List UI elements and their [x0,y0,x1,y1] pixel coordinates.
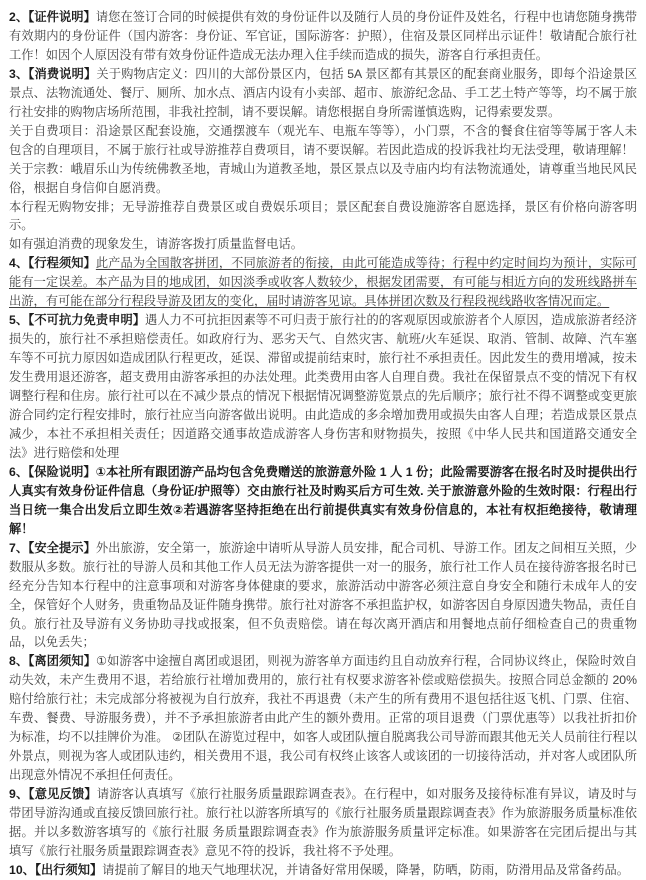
section-leaving-group-body: ①如游客中途擅自离团或退团，则视为游客单方面违约且自动放弃行程，合同协议终止，保… [9,654,637,782]
section-leaving-group-number: 8、 [9,654,28,668]
section-insurance: 6、【保险说明】①本社所有跟团游产品均包含免费赠送的旅游意外险 1 人 1 份；… [9,463,637,539]
section-travel-preparation-body: 请提前了解目的地天气地理状况，并请备好常用保暖，降暑，防晒，防雨，防滑用品及常备… [102,863,629,877]
section-safety: 7、【安全提示】外出旅游，安全第一，旅游途中请听从导游人员安排，配合司机、导游工… [9,539,637,653]
section-feedback-title: 【意见反馈】 [28,787,96,801]
section-consumption-body-shopping: 关于购物店定义：四川的大部份景区内，包括 5A 景区都有其景区的配套商业服务，即… [9,67,637,119]
section-leaving-group: 8、【离团须知】①如游客中途擅自离团或退团，则视为游客单方面违约且自动放弃行程，… [9,652,637,785]
section-itinerary-body: 此产品为全国散客拼团，不同旅游者的衔接，由此可能造成等待；行程中约定时间均为预计… [9,256,637,308]
section-consumption-number: 3、 [9,67,28,81]
section-travel-preparation-title: 【出行须知】 [35,863,102,877]
section-certificates-number: 2、 [9,10,28,24]
section-certificates: 2、【证件说明】请您在签订合同的时候提供有效的身份证件以及随行人员的身份证件及姓… [9,8,637,65]
section-itinerary: 4、【行程须知】此产品为全国散客拼团，不同旅游者的衔接，由此可能造成等待；行程中… [9,254,637,311]
section-force-majeure-body: 遇人力不可抗拒因素等不可归责于旅行社的的客观原因或旅游者个人原因，造成旅游者经济… [9,313,637,460]
section-consumption-body-no-shopping: 本行程无购物安排；无导游推荐自费景区或自费娱乐项目；景区配套自费设施游客自愿选择… [9,198,637,236]
section-certificates-body: 请您在签订合同的时候提供有效的身份证件以及随行人员的身份证件及姓名，行程中也请您… [9,10,637,62]
section-feedback-number: 9、 [9,787,28,801]
section-safety-title: 【安全提示】 [28,541,96,555]
section-consumption-body-self-pay: 关于自费项目：沿途景区配套设施，交通摆渡车（观光车、电瓶车等等），小门票，不含的… [9,122,637,160]
section-travel-preparation-number: 10、 [9,863,35,877]
section-force-majeure: 5、【不可抗力免责申明】遇人力不可抗拒因素等不可归责于旅行社的的客观原因或旅游者… [9,311,637,463]
section-safety-body: 外出旅游，安全第一，旅游途中请听从导游人员安排，配合司机、导游工作。团友之间相互… [9,541,637,650]
section-consumption-body-religion: 关于宗教：峨眉乐山为传统佛教圣地，青城山为道教圣地，景区景点以及寺庙内均有法物流… [9,160,637,198]
section-consumption-body-hotline: 如有强迫消费的现象发生，请游客拨打质量监督电话。 [9,235,637,254]
section-itinerary-number: 4、 [9,256,28,270]
section-travel-preparation: 10、【出行须知】请提前了解目的地天气地理状况，并请备好常用保暖，降暑，防晒，防… [9,861,637,880]
section-consumption-title: 【消费说明】 [28,67,96,81]
section-safety-number: 7、 [9,541,28,555]
travel-notice-document: 2、【证件说明】请您在签订合同的时候提供有效的身份证件以及随行人员的身份证件及姓… [0,0,646,880]
section-certificates-title: 【证件说明】 [28,10,96,24]
section-consumption: 3、【消费说明】关于购物店定义：四川的大部份景区内，包括 5A 景区都有其景区的… [9,65,637,122]
section-force-majeure-title: 【不可抗力免责申明】 [28,313,145,327]
section-leaving-group-title: 【离团须知】 [28,654,96,668]
section-insurance-number: 6、 [9,465,28,479]
section-insurance-title: 【保险说明】 [28,465,96,479]
section-force-majeure-number: 5、 [9,313,28,327]
section-insurance-body: ①本社所有跟团游产品均包含免费赠送的旅游意外险 1 人 1 份；此险需要游客在报… [9,465,637,536]
section-itinerary-title: 【行程须知】 [28,256,96,270]
section-feedback-body: 请游客认真填写《旅行社服务质量跟踪调查表》。在行程中，如对服务及接待标准有异议，… [9,787,637,858]
section-feedback: 9、【意见反馈】请游客认真填写《旅行社服务质量跟踪调查表》。在行程中，如对服务及… [9,785,637,861]
